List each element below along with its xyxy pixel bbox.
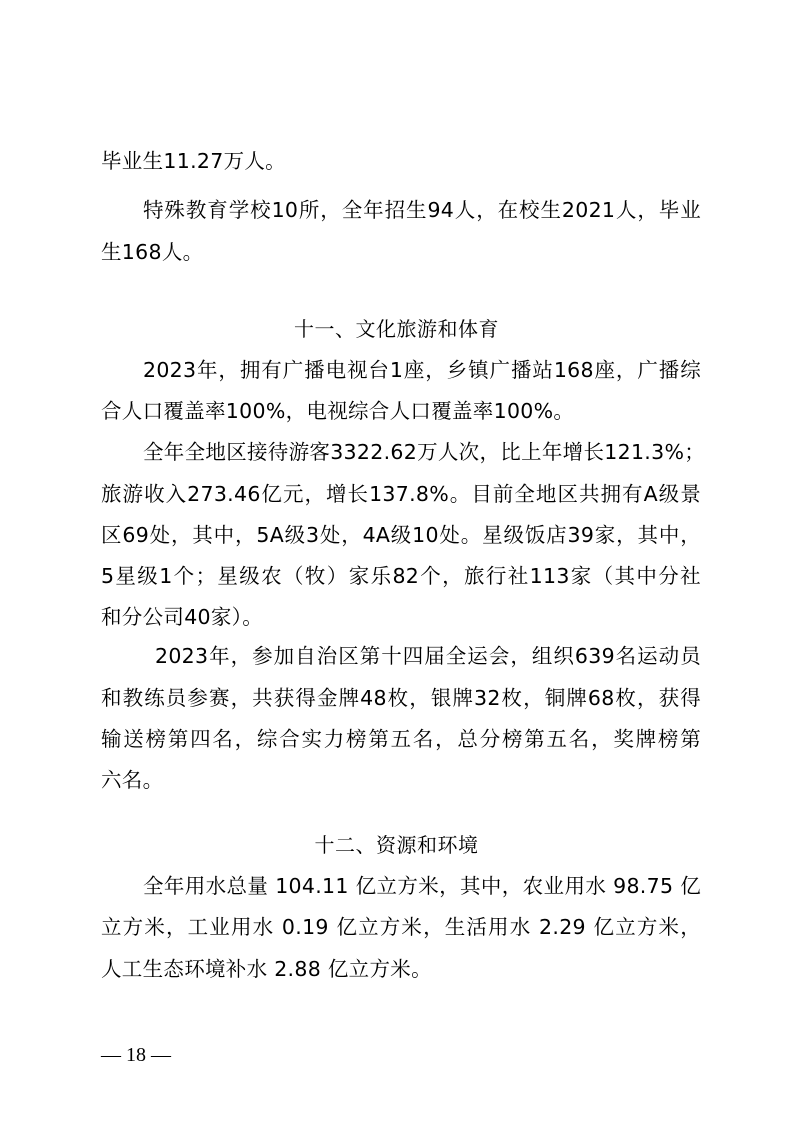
paragraph-line: 和教练员参赛，共获得金牌48枚，银牌32枚，铜牌68枚，获得 (101, 684, 701, 712)
paragraph-line: 5星级1个；星级农（牧）家乐82个，旅行社113家（其中分社 (101, 562, 701, 590)
document-page: 毕业生11.27万人。 特殊教育学校10所，全年招生94人，在校生2021人，毕… (0, 0, 793, 1122)
paragraph-line: 特殊教育学校10所，全年招生94人，在校生2021人，毕业 (143, 196, 701, 224)
paragraph-line: 全年全地区接待游客3322.62万人次，比上年增长121.3%； (143, 438, 701, 466)
paragraph-line: 2023年，拥有广播电视台1座，乡镇广播站168座，广播综 (143, 356, 701, 384)
paragraph-line: 六名。 (101, 766, 701, 794)
paragraph-line: 合人口覆盖率100%，电视综合人口覆盖率100%。 (101, 397, 701, 425)
section-heading-culture-tourism-sports: 十一、文化旅游和体育 (0, 315, 793, 343)
paragraph-line: 全年用水总量 104.11 亿立方米，其中，农业用水 98.75 亿 (143, 872, 701, 900)
paragraph-line: 和分公司40家）。 (101, 603, 701, 631)
paragraph-line: 旅游收入273.46亿元，增长137.8%。目前全地区共拥有A级景 (101, 480, 701, 508)
paragraph-line: 区69处，其中，5A级3处，4A级10处。星级饭店39家，其中， (101, 521, 701, 549)
page-number: — 18 — (101, 1043, 171, 1067)
section-heading-resources-environment: 十二、资源和环境 (0, 831, 793, 859)
paragraph-line: 生168人。 (101, 238, 701, 266)
paragraph-line: 毕业生11.27万人。 (101, 147, 701, 175)
paragraph-line: 2023年，参加自治区第十四届全运会，组织639名运动员 (155, 642, 701, 670)
paragraph-line: 输送榜第四名，综合实力榜第五名，总分榜第五名，奖牌榜第 (101, 725, 701, 753)
paragraph-line: 人工生态环境补水 2.88 亿立方米。 (101, 955, 701, 983)
paragraph-line: 立方米，工业用水 0.19 亿立方米，生活用水 2.29 亿立方米， (101, 913, 701, 941)
